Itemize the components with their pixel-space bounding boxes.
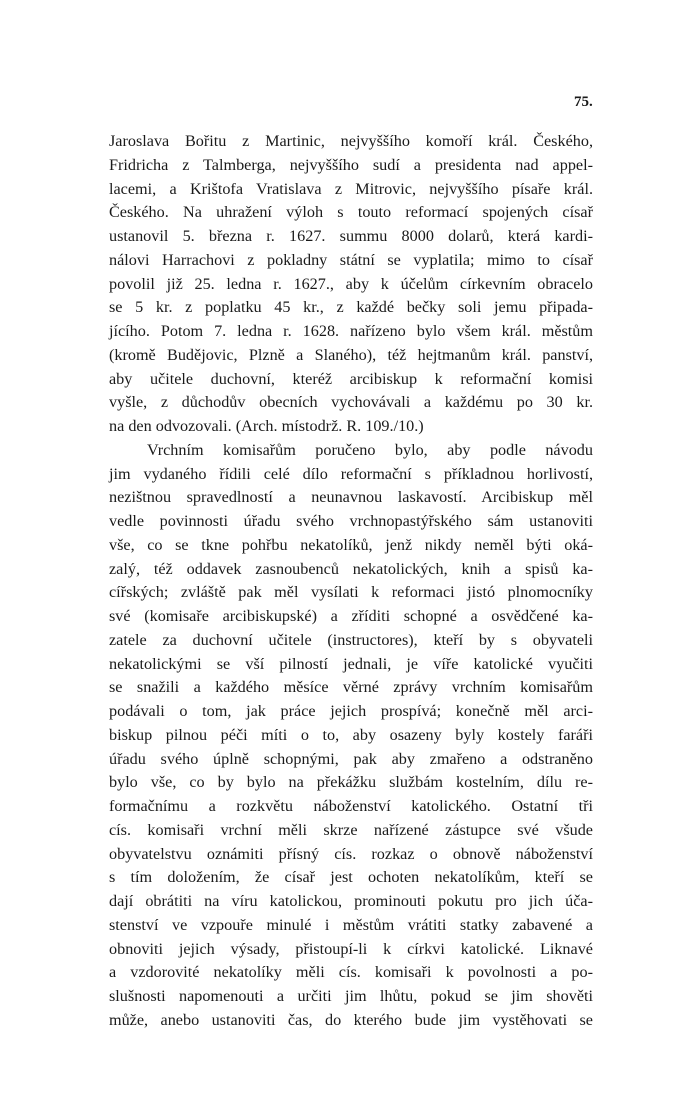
- body-text: Jaroslava Bořitu z Martinic, nejvyššího …: [109, 130, 593, 1033]
- text-line: podávali o tom, jak práce jejich prospív…: [109, 700, 593, 724]
- text-line: zatele za duchovní učitele (instructores…: [109, 629, 593, 653]
- text-line: Fridricha z Talmberga, nejvyššího sudí a…: [109, 154, 593, 178]
- text-line: a vzdorovité nekatolíky měli cís. komisa…: [109, 961, 593, 985]
- text-line: jim vydaného řídili celé dílo reformační…: [109, 463, 593, 487]
- text-line: dají obrátiti na víru katolickou, promin…: [109, 890, 593, 914]
- text-line: obnoviti jejich výsady, přistoupí-li k c…: [109, 938, 593, 962]
- page-number: 75.: [574, 94, 593, 111]
- text-line: cířských; zvláště pak měl vysílati k ref…: [109, 581, 593, 605]
- text-line: nezištnou spravedlností a neunavnou lask…: [109, 486, 593, 510]
- text-line: (kromě Budějovic, Plzně a Slaného), též …: [109, 344, 593, 368]
- text-line: nálovi Harrachovi z pokladny státní se v…: [109, 249, 593, 273]
- text-line: lacemi, a Krištofa Vratislava z Mitrovic…: [109, 178, 593, 202]
- text-line: aby učitele duchovní, kteréž arcibiskup …: [109, 368, 593, 392]
- text-line: slušnosti napomenouti a určiti jim lhůtu…: [109, 985, 593, 1009]
- text-line: Českého. Na uhražení výloh s touto refor…: [109, 201, 593, 225]
- text-line: může, anebo ustanoviti čas, do kterého b…: [109, 1009, 593, 1033]
- text-line: své (komisaře arcibiskupské) a zříditi s…: [109, 605, 593, 629]
- text-line: vyšle, z důchodův obecních vychovávali a…: [109, 391, 593, 415]
- text-line: s tím doložením, že císař jest ochoten n…: [109, 866, 593, 890]
- text-line: povolil již 25. ledna r. 1627., aby k úč…: [109, 273, 593, 297]
- text-line: nekatolickými se vší pilností jednali, j…: [109, 653, 593, 677]
- text-line: formačnímu a rozkvětu náboženství katoli…: [109, 795, 593, 819]
- text-line: ustanovil 5. března r. 1627. summu 8000 …: [109, 225, 593, 249]
- text-line: jícího. Potom 7. ledna r. 1628. nařízeno…: [109, 320, 593, 344]
- text-line: cís. komisaři vrchní měli skrze nařízené…: [109, 819, 593, 843]
- text-line: biskup pilnou péči míti o to, aby osazen…: [109, 724, 593, 748]
- text-line: obyvatelstvu oznámiti přísný cís. rozkaz…: [109, 843, 593, 867]
- text-line: se snažili a každého měsíce věrné zprávy…: [109, 676, 593, 700]
- text-line: úřadu svého úplně schopnými, pak aby zma…: [109, 748, 593, 772]
- text-line: bylo vše, co by bylo na překážku službám…: [109, 771, 593, 795]
- text-line: stenství ve vzpouře minulé i městům vrát…: [109, 914, 593, 938]
- text-line: zalý, též oddavek zasnoubenců nekatolick…: [109, 558, 593, 582]
- text-line: na den odvozovali. (Arch. místodrž. R. 1…: [109, 415, 593, 439]
- paragraph-start-line: Vrchním komisařům poručeno bylo, aby pod…: [109, 439, 593, 463]
- text-line: vše, co se tkne pohřbu nekatolíků, jenž …: [109, 534, 593, 558]
- text-line: vedle povinnosti úřadu svého vrchnopastý…: [109, 510, 593, 534]
- text-line: Jaroslava Bořitu z Martinic, nejvyššího …: [109, 130, 593, 154]
- text-line: se 5 kr. z poplatku 45 kr., z každé bečk…: [109, 296, 593, 320]
